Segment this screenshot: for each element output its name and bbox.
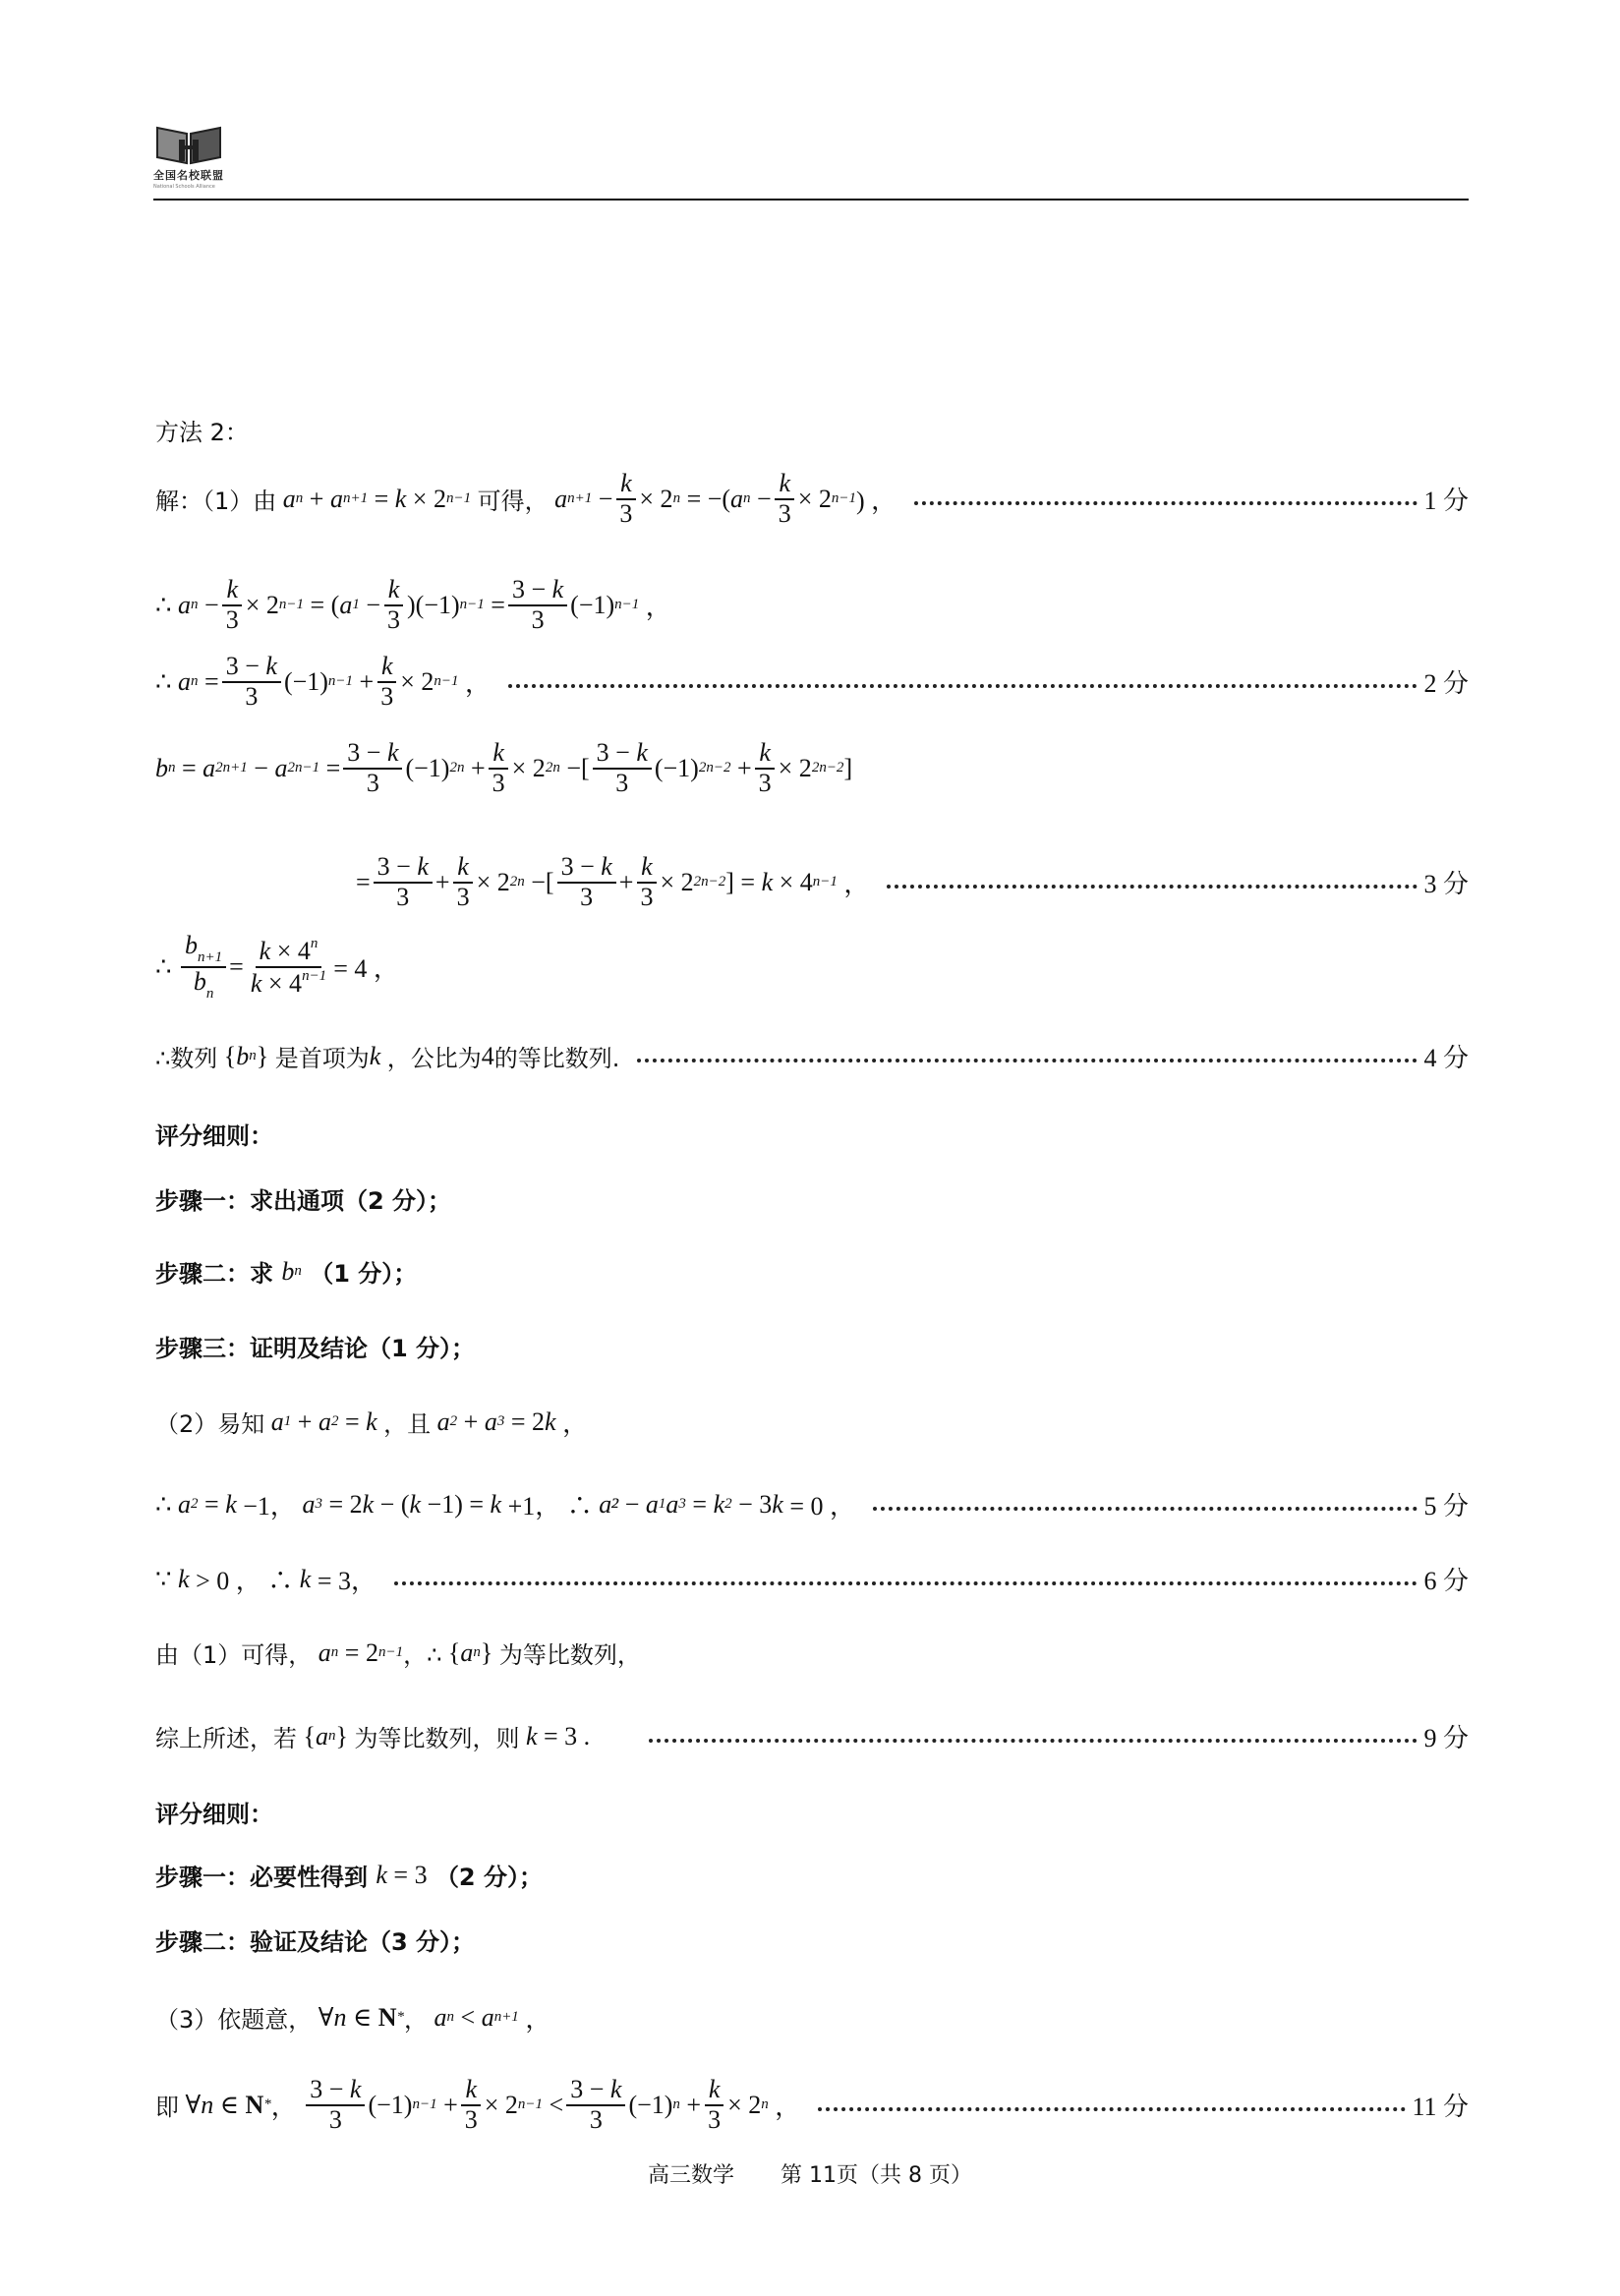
solution-line-2: ∴ an −k3× 2n−1 = (a1 −k3)(−1)n−1 =3 − k3…: [155, 576, 1469, 634]
part2-line-3: ∵ k > 0 ， ∴ k = 3， 6 分: [155, 1561, 1469, 1597]
part2-line-1: （2）易知 a1 + a2 = k ，且 a2 + a3 = 2k ，: [155, 1404, 1469, 1440]
solution-line-3: ∴ an =3 − k3(−1)n−1 +k3× 2n−1 ， 2 分: [155, 653, 1469, 711]
score-mark: 1 分: [1423, 481, 1469, 517]
rubric-step: 步骤二：求 bn （1 分）；: [155, 1254, 1469, 1289]
part2-line-5: 综上所述，若 {an} 为等比数列，则 k = 3 . 9 分: [155, 1718, 1469, 1754]
dot-leader: [394, 1581, 1418, 1585]
solution-line-7: ∴数列 {bn} 是首项为k ，公比为4的等比数列. 4 分: [155, 1038, 1469, 1074]
rubric-title: 评分细则：: [155, 1117, 1469, 1151]
rubric-step: 步骤三：证明及结论（1 分）；: [155, 1329, 1469, 1363]
book-logo-icon: [153, 122, 224, 165]
dot-leader: [914, 501, 1417, 505]
dot-leader: [649, 1739, 1417, 1743]
part2-line-2: ∴ a2 = k −1， a3 = 2k − (k −1) = k +1， ∴ …: [155, 1486, 1469, 1522]
solution-line-5: =3 − k3+k3× 22n −[3 − k3+k3× 22n−2] = k …: [356, 853, 1469, 911]
score-mark: 4 分: [1423, 1038, 1469, 1074]
rubric-step: 步骤一：求出通项（2 分）；: [155, 1181, 1469, 1216]
dot-leader: [887, 885, 1417, 889]
dot-leader: [873, 1507, 1417, 1511]
logo-text-cn: 全国名校联盟: [153, 167, 242, 183]
rubric-step: 步骤二：验证及结论（3 分）；: [155, 1923, 1469, 1957]
solution-line-1: 解：（1）由 an + an+1 = k × 2n−1 可得， an+1 −k3…: [155, 470, 1469, 528]
footer-page-number: 第 11页（共 8 页）: [781, 2163, 972, 2188]
score-mark: 3 分: [1423, 864, 1469, 900]
logo: 全国名校联盟 National Schools Alliance: [153, 122, 242, 190]
part2-line-4: 由（1）可得， an = 2n−1，∴ {an} 为等比数列，: [155, 1636, 1469, 1670]
dot-leader: [637, 1059, 1417, 1062]
score-mark: 9 分: [1423, 1718, 1469, 1754]
solution-line-4: bn = a2n+1 − a2n−1 =3 − k3(−1)2n +k3× 22…: [155, 739, 1469, 797]
part3-line-2: 即 ∀n ∈ N*， 3 − k3(−1)n−1 +k3× 2n−1 <3 − …: [155, 2076, 1469, 2134]
rubric-step: 步骤一：必要性得到 k = 3 （2 分）；: [155, 1858, 1469, 1892]
part3-line-1: （3）依题意， ∀n ∈ N*， an < an+1 ，: [155, 1999, 1469, 2036]
solution-line-6: ∴ bn+1bn=k × 4nk × 4n−1= 4 ，: [155, 932, 1469, 1002]
rubric-title: 评分细则：: [155, 1795, 1469, 1829]
score-mark: 6 分: [1423, 1561, 1469, 1597]
score-mark: 5 分: [1423, 1486, 1469, 1522]
score-mark: 2 分: [1423, 663, 1469, 700]
dot-leader: [818, 2107, 1406, 2111]
header-rule: [153, 199, 1469, 201]
score-mark: 11 分: [1412, 2087, 1469, 2123]
logo-text-en: National Schools Alliance: [153, 184, 242, 190]
footer-subject: 高三数学: [648, 2163, 734, 2188]
method-title: 方法 2：: [155, 413, 1469, 447]
dot-leader: [508, 684, 1417, 688]
page-footer: 高三数学 第 11页（共 8 页）: [0, 2158, 1620, 2189]
